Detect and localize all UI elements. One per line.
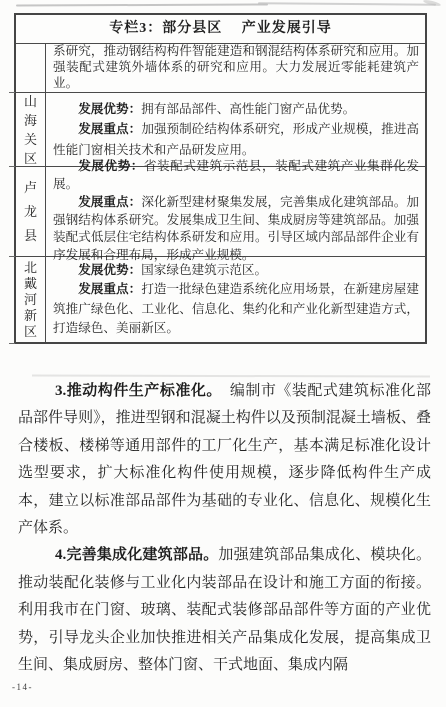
scan-artifact-mid-streak — [32, 374, 430, 377]
emphasis-label: 发展重点： — [78, 282, 141, 296]
county-label: 卢 龙 县 — [16, 167, 46, 256]
cell-paragraph: 发展重点：加强预制砼结构体系研究，形成产业规模，推进高性能门窗相关技术和产品研发… — [53, 119, 419, 160]
body-paragraph: 4.完善集成化建筑部品。加强建筑部品集成化、模块化。推动装配化装修与工业化内装部… — [18, 542, 431, 679]
cell-paragraph: 发展重点：深化新型建材聚集发展，完善集成化建筑部品。加强钢结构体系研究。发展集成… — [53, 194, 419, 265]
table-row: 山 海 关 区发展优势：拥有部品部件、高性能门窗产品优势。发展重点：加强预制砼结… — [16, 93, 425, 167]
scan-artifact-top-line-2 — [258, 2, 436, 5]
county-label — [16, 44, 46, 92]
cell-paragraph: 系研究，推动钢结构构件智能建造和钢混结构体系研究和应用。加强装配式建筑外墙体系的… — [53, 44, 419, 91]
emphasis-label: 发展优势： — [78, 263, 141, 277]
cell-paragraph: 发展优势：拥有部品部件、高性能门窗产品优势。 — [53, 99, 419, 120]
emphasis-label: 发展重点： — [78, 122, 141, 136]
cell-paragraph: 发展优势：国家绿色建筑示范区。 — [53, 261, 419, 281]
scan-artifact-corner-smudge — [423, 0, 441, 7]
cell-paragraph: 发展优势：省装配式建筑示范县，装配式建筑产业集群化发展。 — [53, 158, 419, 194]
cell-paragraph: 发展重点：打造一批绿色建造系统化应用场景，在新建房屋建筑推广绿色化、工业化、信息… — [53, 280, 419, 339]
row-content: 发展优势：国家绿色建筑示范区。发展重点：打造一批绿色建造系统化应用场景，在新建房… — [46, 257, 425, 342]
paragraph-heading: 4.完善集成化建筑部品。 — [55, 547, 218, 563]
row-content: 系研究，推动钢结构构件智能建造和钢混结构体系研究和应用。加强装配式建筑外墙体系的… — [46, 44, 425, 92]
table-row: 卢 龙 县发展优势：省装配式建筑示范县，装配式建筑产业集群化发展。发展重点：深化… — [16, 167, 425, 257]
table-title: 专栏3：部分县区 产业发展引导 — [16, 15, 425, 44]
emphasis-label: 发展优势： — [78, 159, 144, 173]
scan-artifact-top-line — [16, 3, 268, 6]
body-text: 3.推动构件生产标准化。 编制市《装配式建筑标准化部品部件导则》，推进型钢和混凝… — [18, 378, 431, 679]
emphasis-label: 发展优势： — [78, 102, 141, 116]
row-content: 发展优势：省装配式建筑示范县，装配式建筑产业集群化发展。发展重点：深化新型建材聚… — [46, 167, 425, 256]
table-row: 系研究，推动钢结构构件智能建造和钢混结构体系研究和应用。加强装配式建筑外墙体系的… — [16, 44, 425, 93]
table-row: 北 戴 河 新 区发展优势：国家绿色建筑示范区。发展重点：打造一批绿色建造系统化… — [16, 257, 425, 342]
scanned-document-page: 专栏3：部分县区 产业发展引导 系研究，推动钢结构构件智能建造和钢混结构体系研究… — [0, 0, 446, 707]
feature-column-table: 专栏3：部分县区 产业发展引导 系研究，推动钢结构构件智能建造和钢混结构体系研究… — [14, 13, 427, 344]
column-table-body: 系研究，推动钢结构构件智能建造和钢混结构体系研究和应用。加强装配式建筑外墙体系的… — [16, 44, 425, 342]
row-content: 发展优势：拥有部品部件、高性能门窗产品优势。发展重点：加强预制砼结构体系研究，形… — [46, 93, 425, 166]
county-label: 北 戴 河 新 区 — [16, 257, 46, 342]
page-number: -14- — [12, 682, 33, 692]
body-paragraph: 3.推动构件生产标准化。 编制市《装配式建筑标准化部品部件导则》，推进型钢和混凝… — [18, 378, 431, 542]
emphasis-label: 发展重点： — [78, 195, 141, 209]
paragraph-heading: 3.推动构件生产标准化。 — [55, 383, 222, 399]
county-label: 山 海 关 区 — [16, 93, 46, 166]
